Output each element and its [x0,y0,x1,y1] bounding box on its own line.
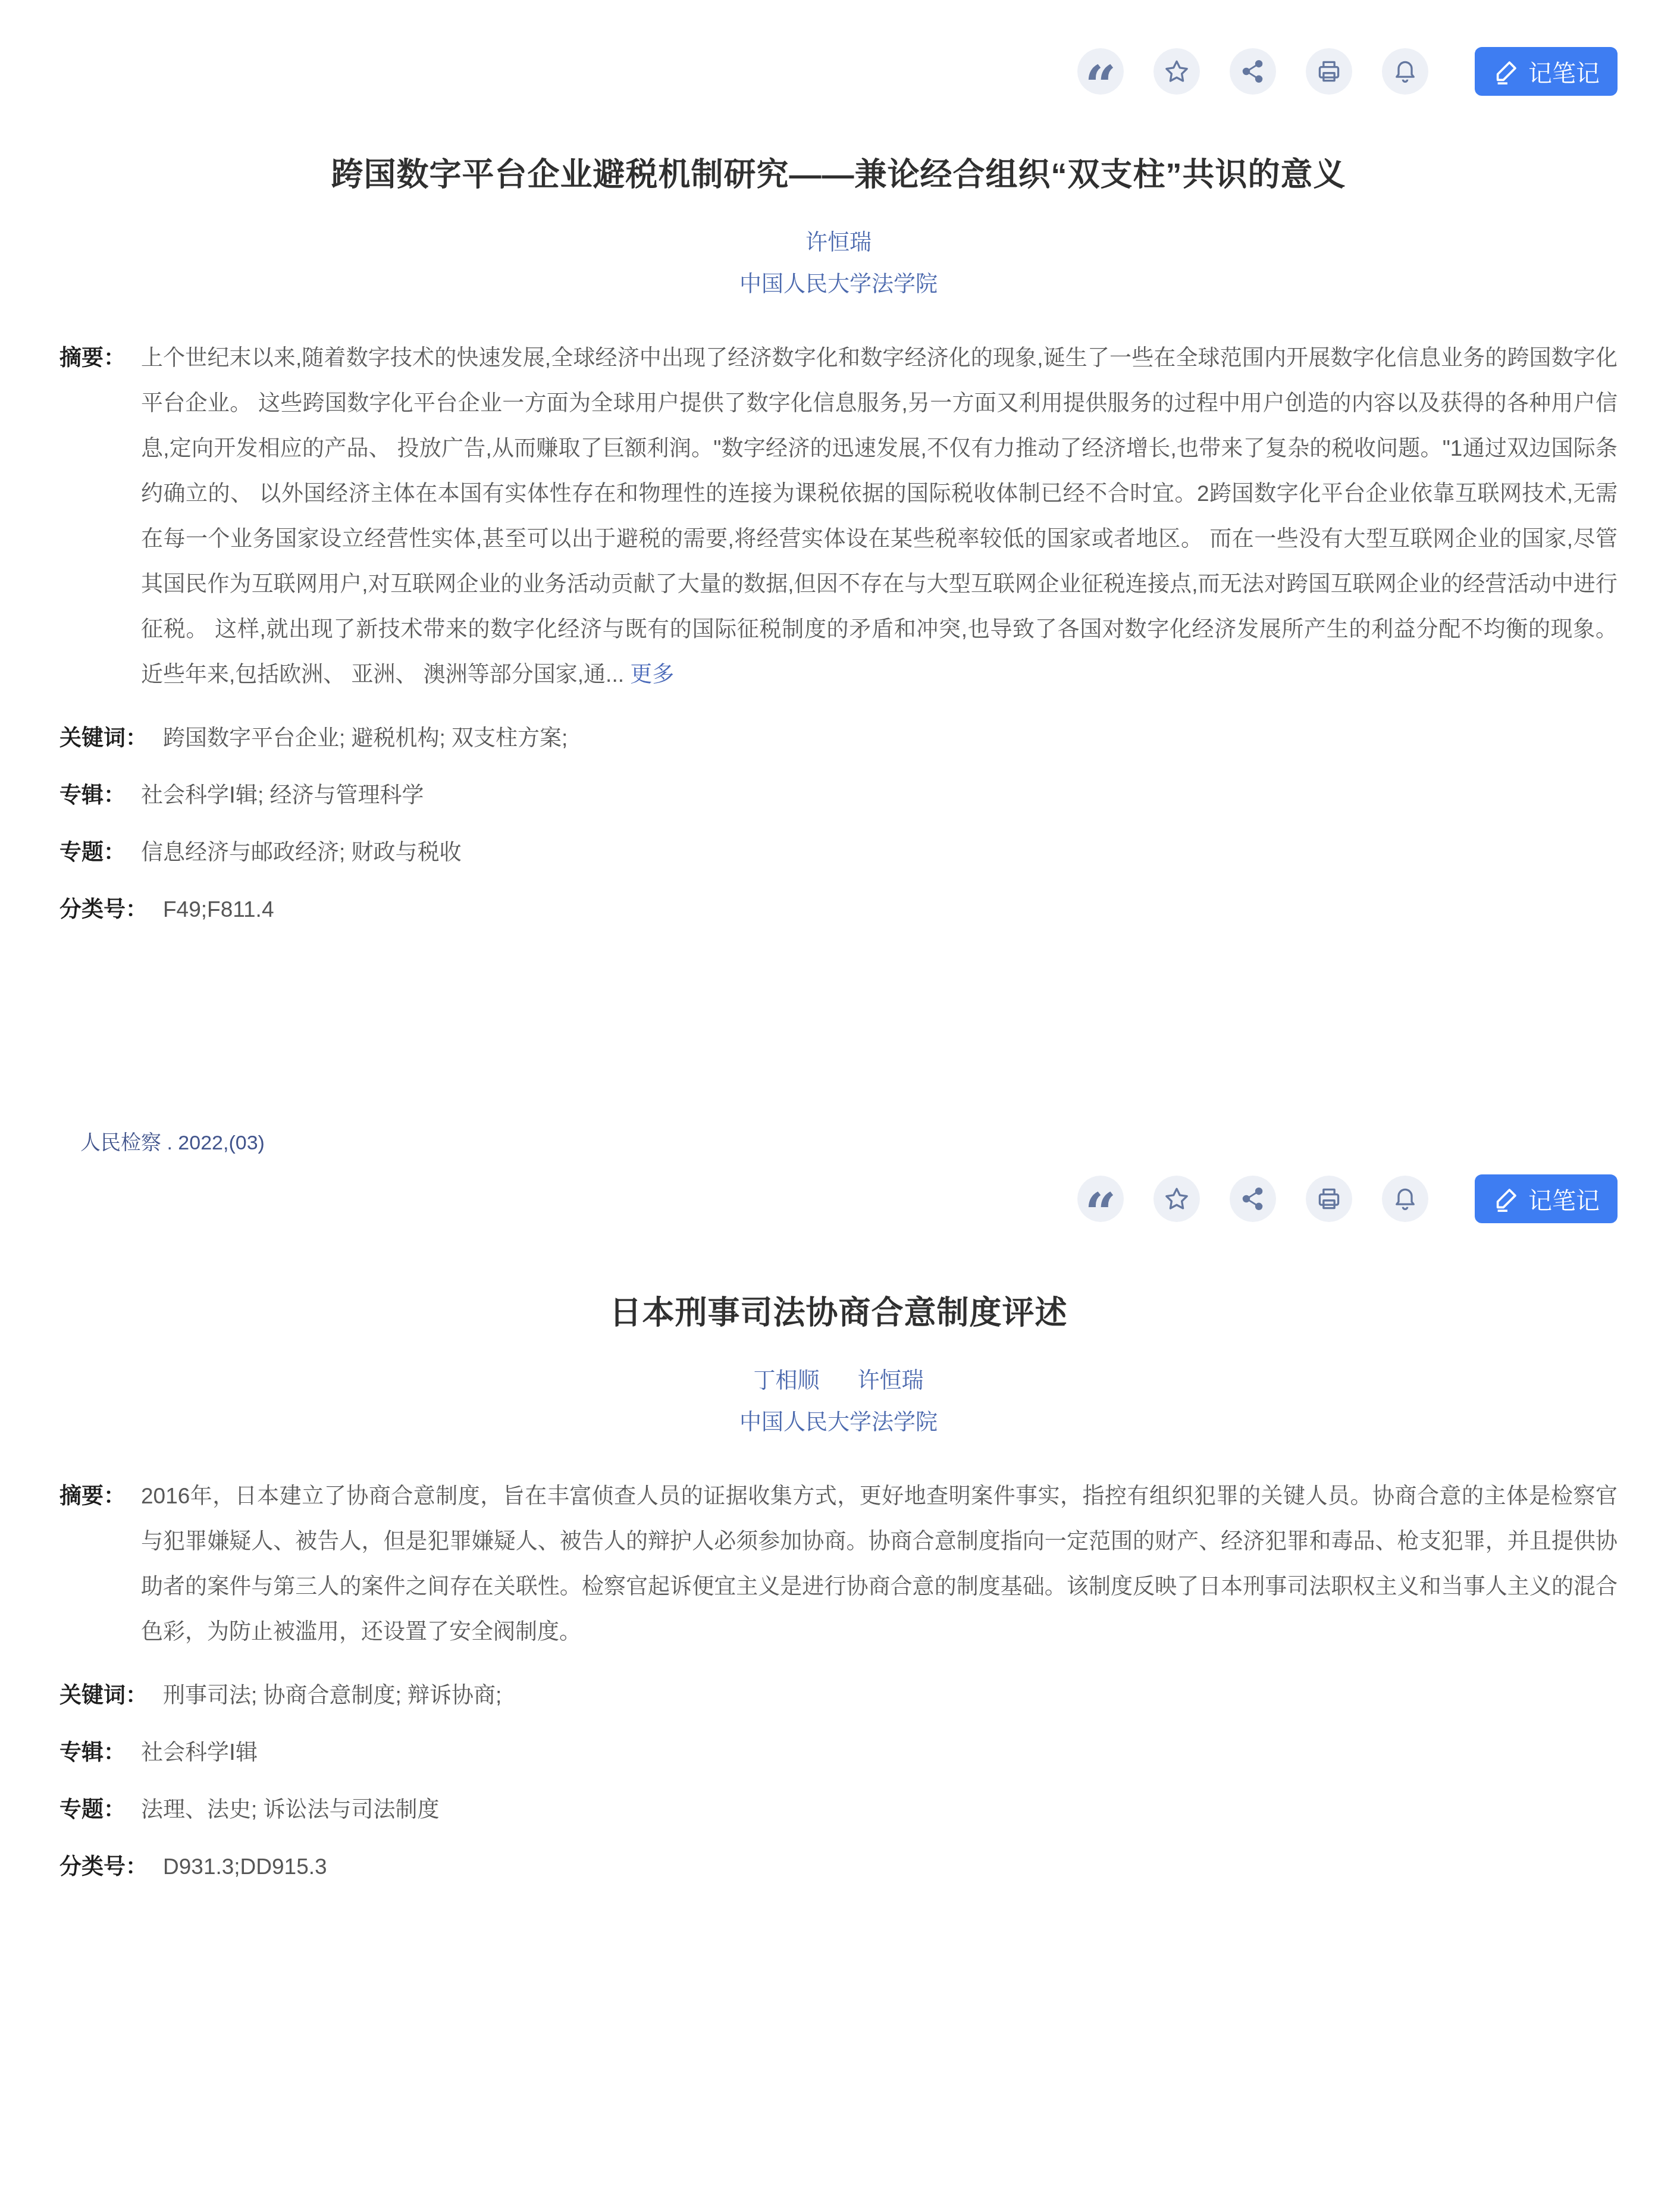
print-icon[interactable] [1306,1176,1352,1222]
author-row: 许恒瑞 [59,230,1618,256]
abstract-row: 摘要： 上个世纪末以来,随着数字技术的快速发展,全球经济中出现了经济数字化和数字… [59,336,1618,697]
topic-value: 信息经济与邮政经济; 财政与税收 [141,838,462,867]
quote-glyph: “ [1085,1186,1117,1240]
journal-source-link[interactable]: 人民检察 . 2022,(03) [80,1132,265,1154]
share-icon[interactable] [1230,1176,1276,1222]
keywords-label: 关键词： [59,1681,148,1710]
abstract-text: 2016年，日本建立了协商合意制度，旨在丰富侦查人员的证据收集方式，更好地查明案… [141,1474,1618,1655]
article-title: 日本刑事司法协商合意制度评述 [59,1289,1618,1337]
keywords-row: 关键词： 刑事司法; 协商合意制度; 辩诉协商; [59,1681,1618,1710]
album-label: 专辑： [59,781,126,810]
print-icon[interactable] [1306,48,1352,95]
topic-label: 专题： [59,838,126,867]
share-icon[interactable] [1230,48,1276,95]
alert-bell-icon[interactable] [1382,1176,1428,1222]
author-link[interactable]: 许恒瑞 [858,1368,924,1393]
keywords-row: 关键词： 跨国数字平台企业; 避税机构; 双支柱方案; [59,723,1618,753]
author-row: 丁相顺许恒瑞 [59,1368,1618,1394]
keywords-value[interactable]: 刑事司法; 协商合意制度; 辩诉协商; [163,1681,501,1710]
clc-row: 分类号： F49;F811.4 [59,895,1618,925]
album-value: 社会科学Ⅰ辑 [141,1738,258,1768]
clc-label: 分类号： [59,1852,148,1882]
album-row: 专辑： 社会科学Ⅰ辑 [59,1738,1618,1768]
article-detail-page: “ [0,0,1677,2212]
clc-value: F49;F811.4 [163,895,274,925]
album-value: 社会科学Ⅰ辑; 经济与管理科学 [141,781,424,810]
take-notes-button[interactable]: 记笔记 [1475,47,1618,96]
take-notes-label: 记笔记 [1528,1182,1600,1216]
institution-link[interactable]: 中国人民大学法学院 [739,272,938,296]
album-row: 专辑： 社会科学Ⅰ辑; 经济与管理科学 [59,781,1618,810]
clc-label: 分类号： [59,895,148,925]
pencil-icon [1493,1185,1520,1212]
pencil-icon [1493,58,1520,85]
keywords-label: 关键词： [59,723,148,753]
more-link[interactable]: 更多 [630,662,674,687]
abstract-body: 上个世纪末以来,随着数字技术的快速发展,全球经济中出现了经济数字化和数字经济化的… [141,346,1618,687]
article-1: “ [59,46,1618,925]
abstract-body: 2016年，日本建立了协商合意制度，旨在丰富侦查人员的证据收集方式，更好地查明案… [141,1484,1618,1644]
abstract-label: 摘要： [59,336,126,381]
clc-row: 分类号： D931.3;DD915.3 [59,1852,1618,1882]
favorite-star-icon[interactable] [1153,48,1200,95]
topic-row: 专题： 信息经济与邮政经济; 财政与税收 [59,838,1618,867]
take-notes-button[interactable]: 记笔记 [1475,1174,1618,1223]
cite-quote-icon[interactable]: “ [1077,48,1124,95]
favorite-star-icon[interactable] [1153,1176,1200,1222]
clc-value: D931.3;DD915.3 [163,1852,327,1882]
album-label: 专辑： [59,1738,126,1768]
abstract-text: 上个世纪末以来,随着数字技术的快速发展,全球经济中出现了经济数字化和数字经济化的… [141,336,1618,697]
institution-row: 中国人民大学法学院 [59,1409,1618,1436]
take-notes-label: 记笔记 [1528,55,1600,89]
topic-label: 专题： [59,1795,126,1825]
article-2: “ [59,1174,1618,1882]
quote-glyph: “ [1085,58,1117,113]
journal-source-row: 人民检察 . 2022,(03) [59,1130,1618,1156]
topic-row: 专题： 法理、法史; 诉讼法与司法制度 [59,1795,1618,1825]
cite-quote-icon[interactable]: “ [1077,1176,1124,1222]
abstract-row: 摘要： 2016年，日本建立了协商合意制度，旨在丰富侦查人员的证据收集方式，更好… [59,1474,1618,1655]
topic-value: 法理、法史; 诉讼法与司法制度 [141,1795,440,1825]
author-link[interactable]: 丁相顺 [754,1368,820,1393]
article-2-toolbar: “ [59,1174,1618,1224]
author-link[interactable]: 许恒瑞 [805,230,872,255]
article-title: 跨国数字平台企业避税机制研究——兼论经合组织“双支柱”共识的意义 [59,151,1618,199]
article-1-toolbar: “ [59,46,1618,96]
institution-link[interactable]: 中国人民大学法学院 [739,1410,938,1434]
institution-row: 中国人民大学法学院 [59,271,1618,297]
alert-bell-icon[interactable] [1382,48,1428,95]
abstract-label: 摘要： [59,1474,126,1519]
keywords-value[interactable]: 跨国数字平台企业; 避税机构; 双支柱方案; [163,723,568,753]
